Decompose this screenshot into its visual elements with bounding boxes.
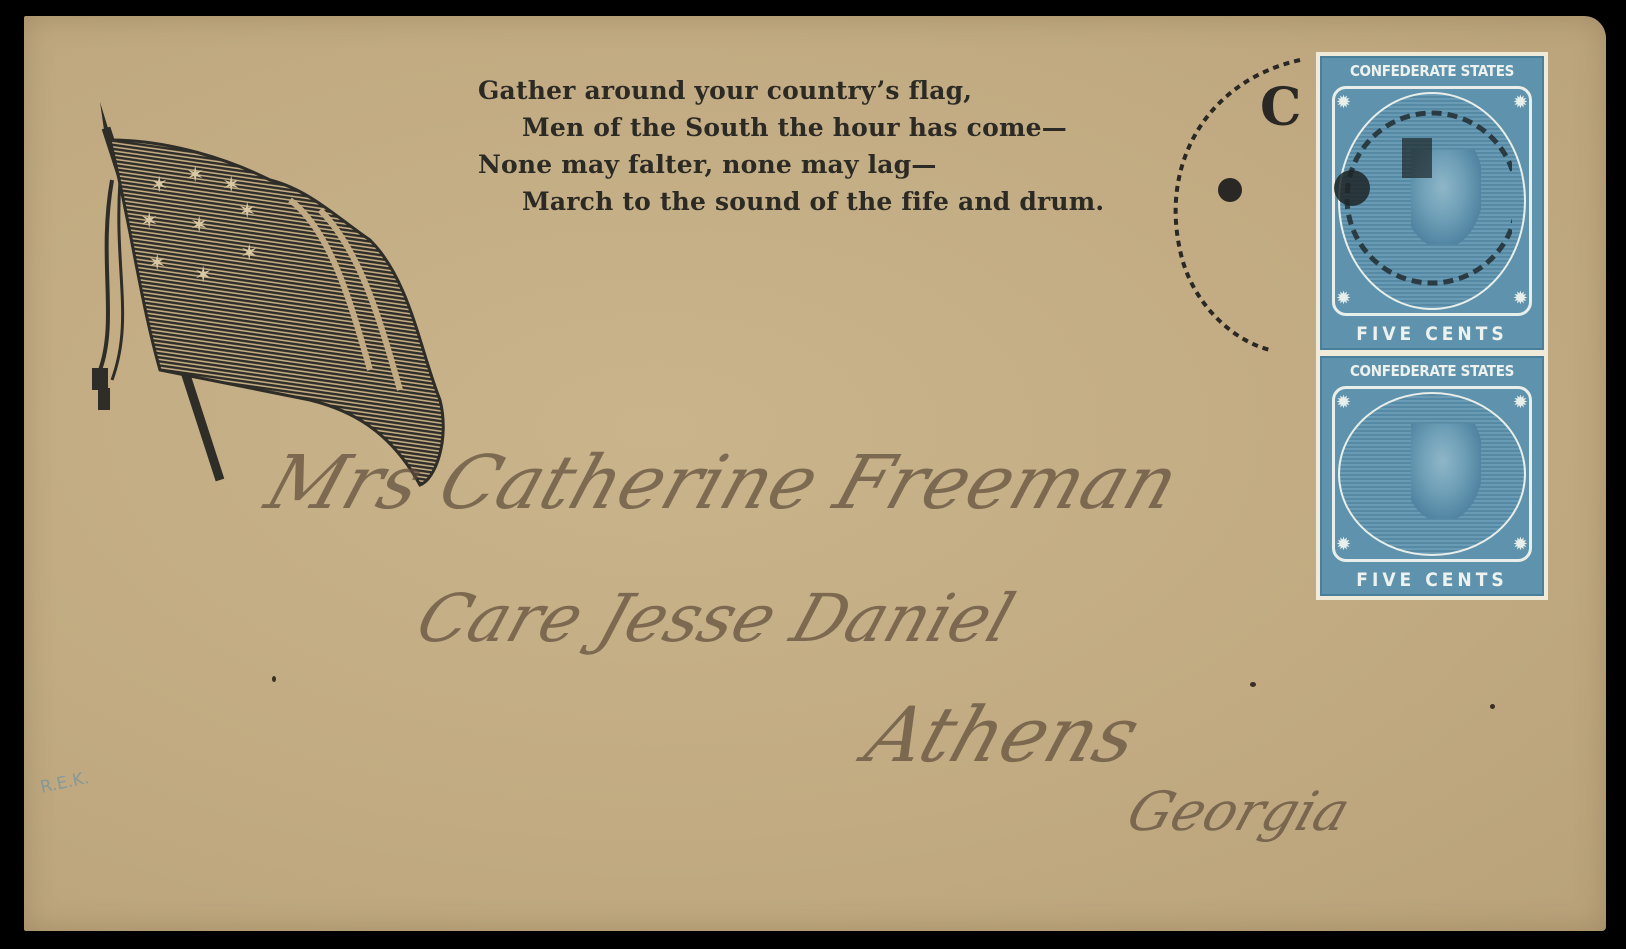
address-line-4: Georgia <box>1120 780 1358 843</box>
verse-line: March to the sound of the fife and drum. <box>478 183 1104 220</box>
postage-stamp: CONFEDERATE STATES ✹ ✹ ✹ ✹ FIVE CENTS <box>1316 52 1548 354</box>
svg-text:✶: ✶ <box>222 173 240 198</box>
printed-verse: Gather around your country’s flag, Men o… <box>478 72 1104 220</box>
verse-line: Men of the South the hour has come— <box>478 109 1104 146</box>
stamp-top-text: CONFEDERATE STATES <box>1322 362 1542 380</box>
stamp-bottom-text: FIVE CENTS <box>1322 569 1542 591</box>
svg-text:✶: ✶ <box>140 209 158 234</box>
address-line-1: Mrs Catherine Freeman <box>256 440 1189 526</box>
star-icon: ✹ <box>1336 536 1351 554</box>
svg-text:✶: ✶ <box>238 199 256 224</box>
cancellation-mark <box>1312 78 1512 298</box>
star-icon: ✹ <box>1336 394 1351 412</box>
verse-line: None may falter, none may lag— <box>478 146 1104 183</box>
svg-text:✶: ✶ <box>150 173 168 198</box>
address-line-3: Athens <box>856 690 1151 779</box>
star-icon: ✹ <box>1513 290 1528 308</box>
svg-text:✶: ✶ <box>186 163 204 188</box>
postmark-letter: C <box>1260 77 1301 138</box>
verse-line: Gather around your country’s flag, <box>478 72 1104 109</box>
star-icon: ✹ <box>1513 536 1528 554</box>
address-line-2: Care Jesse Daniel <box>407 580 1023 657</box>
paper-speck <box>1250 682 1256 687</box>
star-icon: ✹ <box>1513 394 1528 412</box>
svg-text:✶: ✶ <box>240 241 258 266</box>
star-icon: ✹ <box>1513 94 1528 112</box>
svg-text:✶: ✶ <box>190 213 208 238</box>
svg-text:✶: ✶ <box>194 263 212 288</box>
paper-speck <box>272 676 276 682</box>
stamp-bottom-text: FIVE CENTS <box>1322 323 1542 345</box>
stamp-portrait <box>1411 424 1481 519</box>
postage-stamp: CONFEDERATE STATES ✹ ✹ ✹ ✹ FIVE CENTS <box>1316 352 1548 600</box>
paper-speck <box>1490 704 1495 709</box>
svg-text:✶: ✶ <box>148 251 166 276</box>
